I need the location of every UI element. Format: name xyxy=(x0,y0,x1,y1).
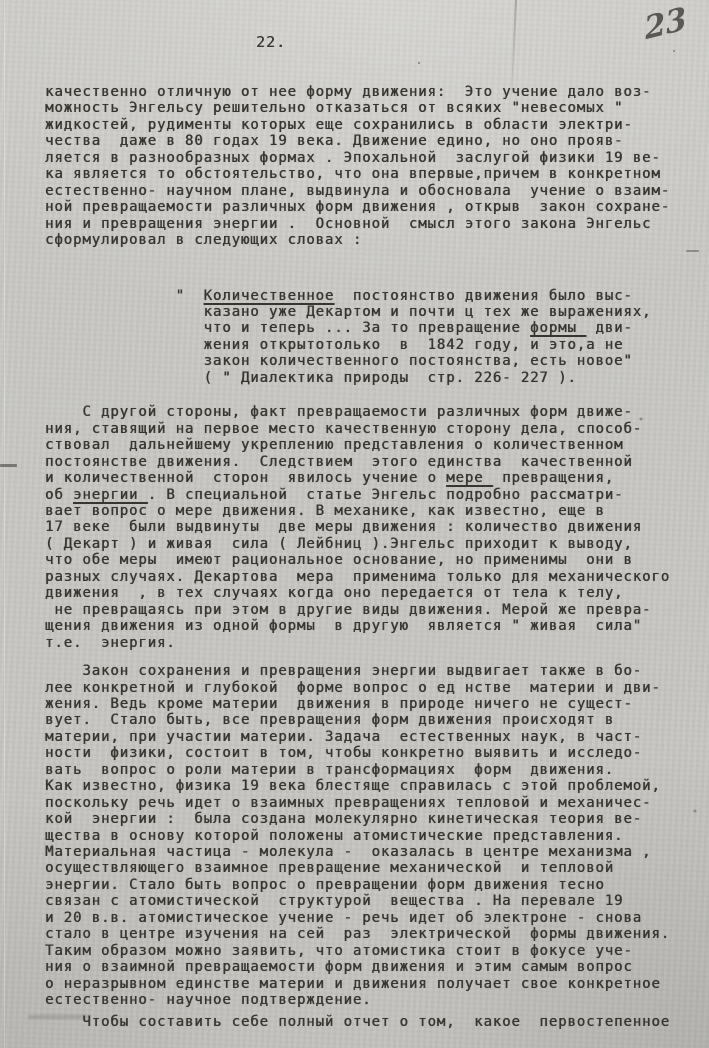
text-line: ния, ставящий на первое место качественн… xyxy=(45,421,695,437)
text-line: и 20 в.в. атомистическое учение - речь и… xyxy=(45,910,695,926)
text-line: стало в центре изучения на сей раз элект… xyxy=(45,926,695,942)
text-line: можность Энгельсу решительно отказаться … xyxy=(45,100,695,116)
text-line: лее конкретной и глубокой форме вопрос о… xyxy=(45,680,695,696)
text-line: ( " Диалектика природы стр. 226- 227 ). xyxy=(45,370,695,386)
margin-pen-dash xyxy=(0,464,17,467)
crease-line xyxy=(511,0,517,94)
text-line: ния и превращения энергии . Основной смы… xyxy=(45,216,695,232)
text-line: жения открытотолько в 1842 году, и это,а… xyxy=(45,337,695,353)
text-line: движения , в тех случаях когда оно перед… xyxy=(45,585,695,601)
text-line: и количественной сторон явилось учение о… xyxy=(45,470,695,486)
text-line: естественно- научном плане, выдвинула и … xyxy=(45,183,695,199)
text-line: вать вопрос о роли материи в трансформац… xyxy=(45,762,695,778)
text-line: ной превращаемости различных форм движен… xyxy=(45,199,695,215)
text-line: Материальная частица - молекула - оказал… xyxy=(45,844,695,860)
handwritten-page-number: 23 xyxy=(643,1,689,48)
text-line: Чтобы составить себе полный отчет о том,… xyxy=(45,1014,695,1030)
text-line: т.е. энергия. xyxy=(45,635,695,651)
text-line: вает вопрос о мере движения. В механике,… xyxy=(45,503,695,519)
text-line: казано уже Декартом и почти ц тех же выр… xyxy=(45,304,695,320)
text-line: ствовал дальнейшему укреплению представл… xyxy=(45,437,695,453)
text-line: поскольку речь идет о взаимных превращен… xyxy=(45,795,695,811)
text-line: Таким образом можно заявить, что атомист… xyxy=(45,943,695,959)
text-line: С другой стороны, факт превращаемости ра… xyxy=(45,404,695,420)
text-line: энергии. Стало быть вопрос о превращении… xyxy=(45,877,695,893)
text-line: закон количественного постоянства, есть … xyxy=(45,353,695,369)
text-line: что и теперь ... За то превращение формы… xyxy=(45,320,695,336)
scan-edge-line xyxy=(4,0,5,1048)
text-line: о неразрывном единстве материи и движени… xyxy=(45,976,695,992)
text-line: ляется в разнообразных формах . Эпохальн… xyxy=(45,150,695,166)
text-line: щества в основу которой положены атомист… xyxy=(45,828,695,844)
text-line: кой энергии : была создана молекулярно к… xyxy=(45,811,695,827)
text-line: связан с атомистической структурой вещес… xyxy=(45,893,695,909)
text-line: естественно- научное подтверждение. xyxy=(45,992,695,1008)
text-line: ( Декарт ) и живая сила ( Лейбниц ).Энге… xyxy=(45,536,695,552)
text-line: постоянстве движения. Следствием этого е… xyxy=(45,454,695,470)
text-line: осуществляющего взаимное превращение мех… xyxy=(45,860,695,876)
paragraph-matter-and-motion: Закон сохранения и превращения энергии в… xyxy=(45,663,695,1009)
text-line: чества даже в 80 годах 19 века. Движение… xyxy=(45,133,695,149)
text-line: Закон сохранения и превращения энергии в… xyxy=(45,663,695,679)
text-line: ния о взаимной превращаемости форм движе… xyxy=(45,959,695,975)
text-line: об энергии . В специальной статье Энгель… xyxy=(45,487,695,503)
text-line: Как известно, физика 19 века блестяще сп… xyxy=(45,778,695,794)
text-line: щения движения из одной формы в другую я… xyxy=(45,618,695,634)
scanned-page: 22. 23 качественно отличную от нее форму… xyxy=(0,0,709,1048)
text-line: разных случаях. Декартова мера применима… xyxy=(45,569,695,585)
paragraph-measure-of-motion: С другой стороны, факт превращаемости ра… xyxy=(45,404,695,651)
block-quote-engels: " Количественное постоянство движения бы… xyxy=(45,288,695,387)
paragraph-closing-line: Чтобы составить себе полный отчет о том,… xyxy=(45,1014,695,1030)
text-body: качественно отличную от нее форму движен… xyxy=(45,84,695,1030)
text-line: материи, при участии материи. Задача ест… xyxy=(45,729,695,745)
paragraph-intro: качественно отличную от нее форму движен… xyxy=(45,84,695,249)
text-line: сформулировал в следующих словах : xyxy=(45,232,695,248)
text-line: что обе меры имеют рациональное основани… xyxy=(45,552,695,568)
typed-page-number: 22. xyxy=(256,33,286,51)
text-line: вует. Стало быть, все превращения форм д… xyxy=(45,712,695,728)
text-line: жидкостей, рудименты которых еще сохрани… xyxy=(45,117,695,133)
text-line: качественно отличную от нее форму движен… xyxy=(45,84,695,100)
text-line: ка является то обстоятельство, что она в… xyxy=(45,166,695,182)
text-line: " Количественное постоянство движения бы… xyxy=(45,288,695,304)
text-line: 17 веке были выдвинуты две меры движения… xyxy=(45,519,695,535)
scan-speckles xyxy=(418,62,420,64)
text-line: жения. Ведь кроме материи движения в при… xyxy=(45,696,695,712)
text-line: ности физики, состоит в том, чтобы конкр… xyxy=(45,745,695,761)
text-line: не превращаясь при этом в другие виды дв… xyxy=(45,602,695,618)
